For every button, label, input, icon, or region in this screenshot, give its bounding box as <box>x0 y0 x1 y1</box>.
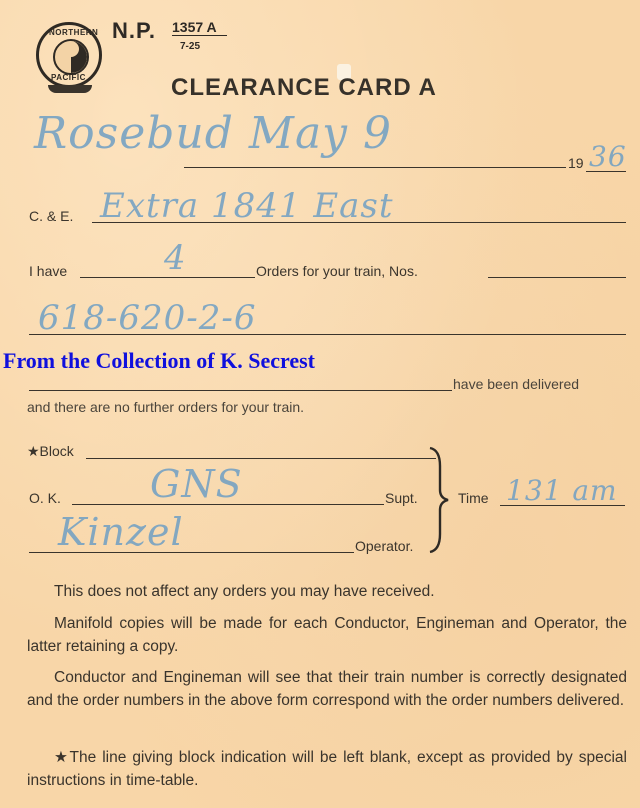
orders-label: Orders for your train, Nos. <box>256 263 418 279</box>
railroad-abbrev: N.P. <box>112 18 156 44</box>
brace-icon <box>428 446 450 554</box>
year-handwritten[interactable]: 36 <box>589 140 627 173</box>
c-and-e-label: C. & E. <box>29 208 73 224</box>
orders-count-handwritten[interactable]: 4 <box>164 238 187 278</box>
instruction-2: Manifold copies will be made for each Co… <box>27 612 627 658</box>
orders-count-line <box>80 277 255 278</box>
year-prefix: 19 <box>568 155 584 171</box>
block-line[interactable] <box>86 458 436 459</box>
page-title: CLEARANCE CARD A <box>171 74 437 102</box>
northern-pacific-logo: NORTHERN PACIFIC <box>36 22 102 88</box>
c-and-e-handwritten[interactable]: Extra 1841 East <box>100 186 394 226</box>
logo-bottom-text: PACIFIC <box>51 73 86 82</box>
instruction-4: ★The line giving block indication will b… <box>27 746 627 792</box>
collection-watermark: From the Collection of K. Secrest <box>3 348 315 374</box>
place-date-line <box>184 167 566 168</box>
ok-handwritten[interactable]: GNS <box>150 462 243 506</box>
instruction-1: This does not affect any orders you may … <box>54 580 626 603</box>
orders-nos-line <box>488 277 626 278</box>
orders-prefix: I have <box>29 263 67 279</box>
time-label: Time <box>458 490 489 506</box>
operator-line <box>29 552 354 553</box>
no-further-text: and there are no further orders for your… <box>27 399 304 415</box>
logo-base <box>48 85 92 93</box>
instruction-3: Conductor and Engineman will see that th… <box>27 666 627 712</box>
ok-label: O. K. <box>29 490 61 506</box>
delivered-line <box>29 390 452 391</box>
place-date-handwritten[interactable]: Rosebud May 9 <box>34 108 392 159</box>
year-line <box>586 171 626 172</box>
monad-icon <box>53 39 89 75</box>
operator-suffix: Operator. <box>355 538 413 554</box>
order-numbers-line <box>29 334 626 335</box>
form-number: 1357 A <box>172 19 227 36</box>
ok-line <box>72 504 384 505</box>
time-handwritten[interactable]: 131 am <box>506 474 618 507</box>
ok-suffix: Supt. <box>385 490 418 506</box>
order-numbers-handwritten[interactable]: 618-620-2-6 <box>38 298 257 338</box>
time-line <box>500 505 625 506</box>
block-label: ★Block <box>27 443 74 460</box>
c-and-e-line <box>92 222 626 223</box>
logo-top-text: NORTHERN <box>49 28 98 37</box>
delivered-text: have been delivered <box>453 376 579 392</box>
operator-handwritten[interactable]: Kinzel <box>58 510 184 554</box>
form-revision: 7-25 <box>180 41 200 52</box>
